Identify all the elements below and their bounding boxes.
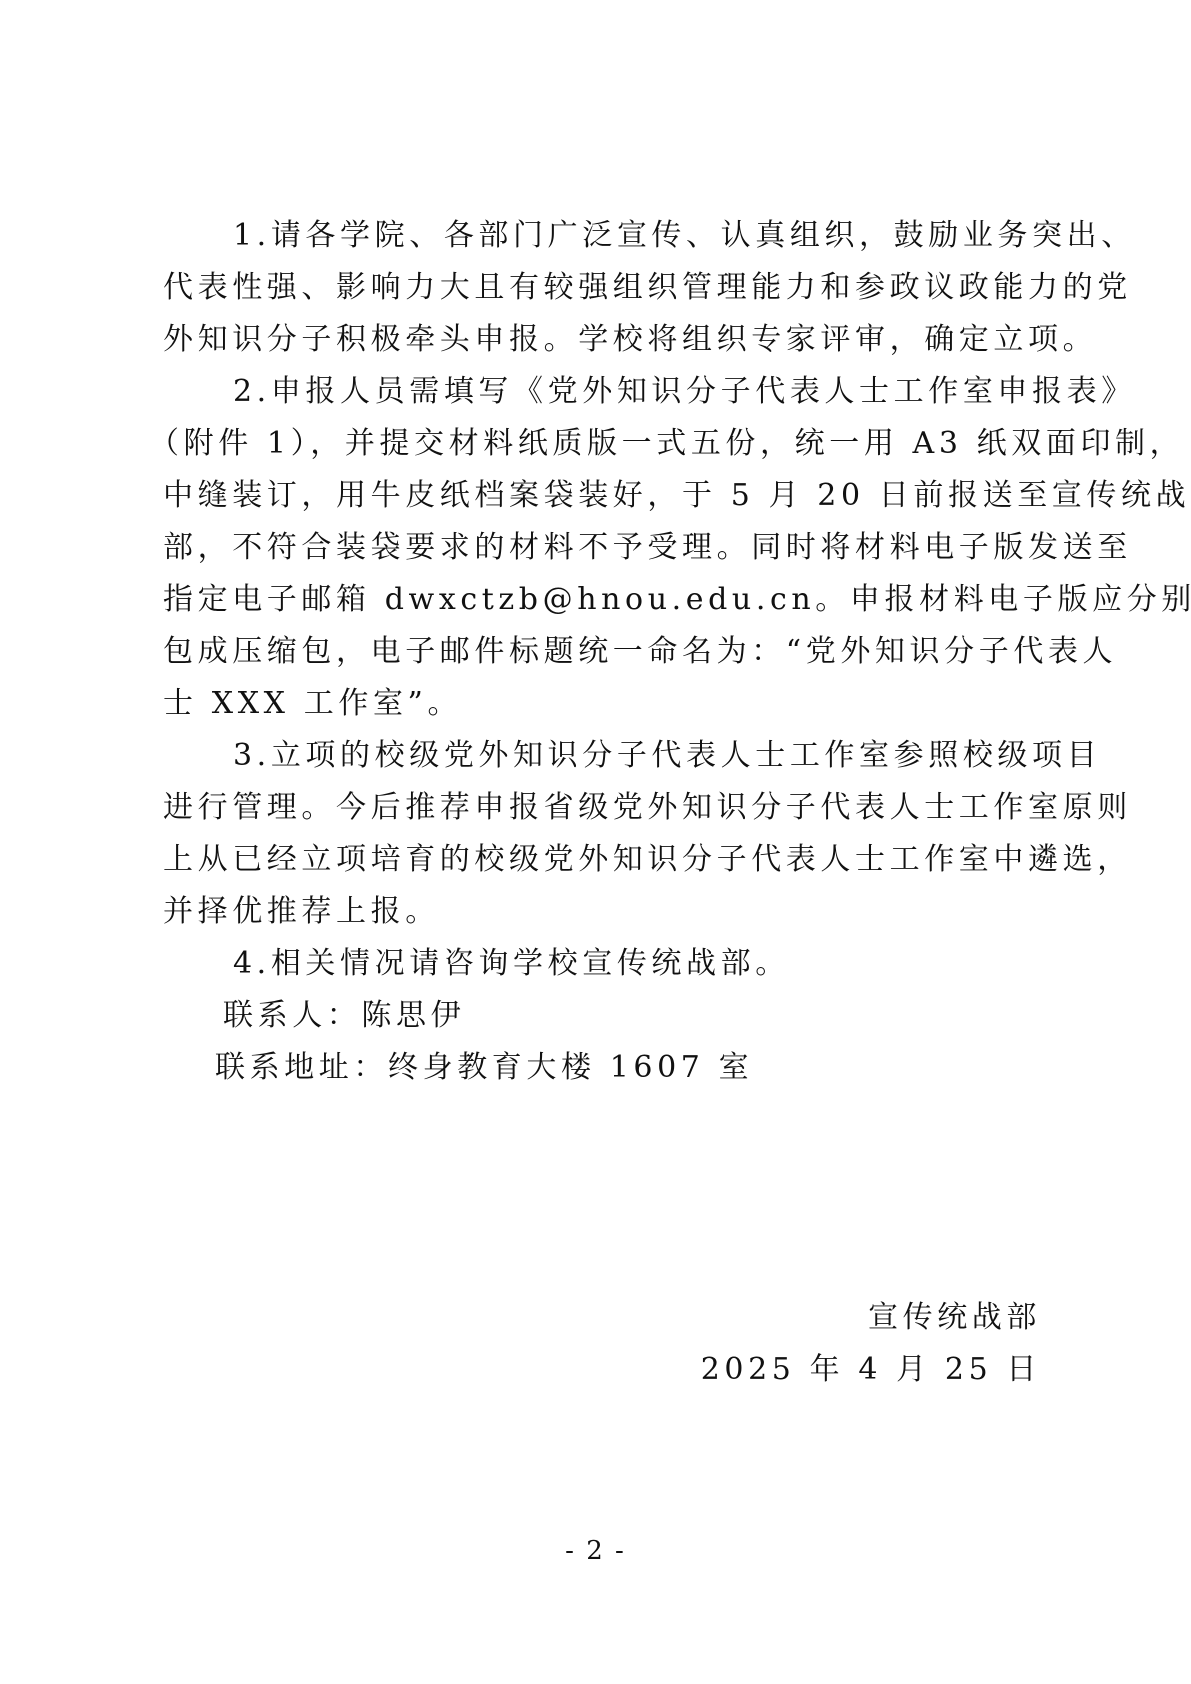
text-line: 外知识分子积极牵头申报。学校将组织专家评审，确定立项。 <box>163 314 1043 366</box>
text-line: 士 XXX 工作室”。 <box>163 678 1043 730</box>
document-page: 1.请各学院、各部门广泛宣传、认真组织，鼓励业务突出、 代表性强、影响力大且有较… <box>0 0 1191 1684</box>
item-2: 2.申报人员需填写《党外知识分子代表人士工作室申报表》 （附件 1），并提交材料… <box>163 366 1043 730</box>
text-line: 进行管理。今后推荐申报省级党外知识分子代表人士工作室原则 <box>163 782 1043 834</box>
text-line: （附件 1），并提交材料纸质版一式五份，统一用 A3 纸双面印制， <box>149 418 1043 470</box>
text-line: 4.相关情况请咨询学校宣传统战部。 <box>163 938 1043 990</box>
text-line: 3.立项的校级党外知识分子代表人士工作室参照校级项目 <box>163 730 1043 782</box>
page-number: - 2 - <box>0 1536 1191 1566</box>
text-line: 2.申报人员需填写《党外知识分子代表人士工作室申报表》 <box>163 366 1043 418</box>
text-line: 上从已经立项培育的校级党外知识分子代表人士工作室中遴选， <box>163 834 1043 886</box>
text-line: 1.请各学院、各部门广泛宣传、认真组织，鼓励业务突出、 <box>163 210 1043 262</box>
text-line: 部，不符合装袋要求的材料不予受理。同时将材料电子版发送至 <box>163 522 1043 574</box>
contact-person: 联系人：陈思伊 <box>163 990 1043 1042</box>
contact-address: 联系地址：终身教育大楼 1607 室 <box>163 1042 1043 1094</box>
signature-organization: 宣传统战部 <box>868 1292 1041 1344</box>
text-line-with-email: 指定电子邮箱 dwxctzb@hnou.edu.cn。申报材料电子版应分别打 <box>163 574 1043 626</box>
text-line: 中缝装订，用牛皮纸档案袋装好，于 5 月 20 日前报送至宣传统战 <box>163 470 1043 522</box>
text-line: 包成压缩包，电子邮件标题统一命名为：“党外知识分子代表人 <box>163 626 1043 678</box>
item-4: 4.相关情况请咨询学校宣传统战部。 <box>163 938 1043 990</box>
text-line: 并择优推荐上报。 <box>163 886 1043 938</box>
item-1: 1.请各学院、各部门广泛宣传、认真组织，鼓励业务突出、 代表性强、影响力大且有较… <box>163 210 1043 366</box>
text-line: 代表性强、影响力大且有较强组织管理能力和参政议政能力的党 <box>163 262 1043 314</box>
signature-date: 2025 年 4 月 25 日 <box>701 1344 1041 1396</box>
document-body: 1.请各学院、各部门广泛宣传、认真组织，鼓励业务突出、 代表性强、影响力大且有较… <box>163 210 1043 1094</box>
item-3: 3.立项的校级党外知识分子代表人士工作室参照校级项目 进行管理。今后推荐申报省级… <box>163 730 1043 938</box>
